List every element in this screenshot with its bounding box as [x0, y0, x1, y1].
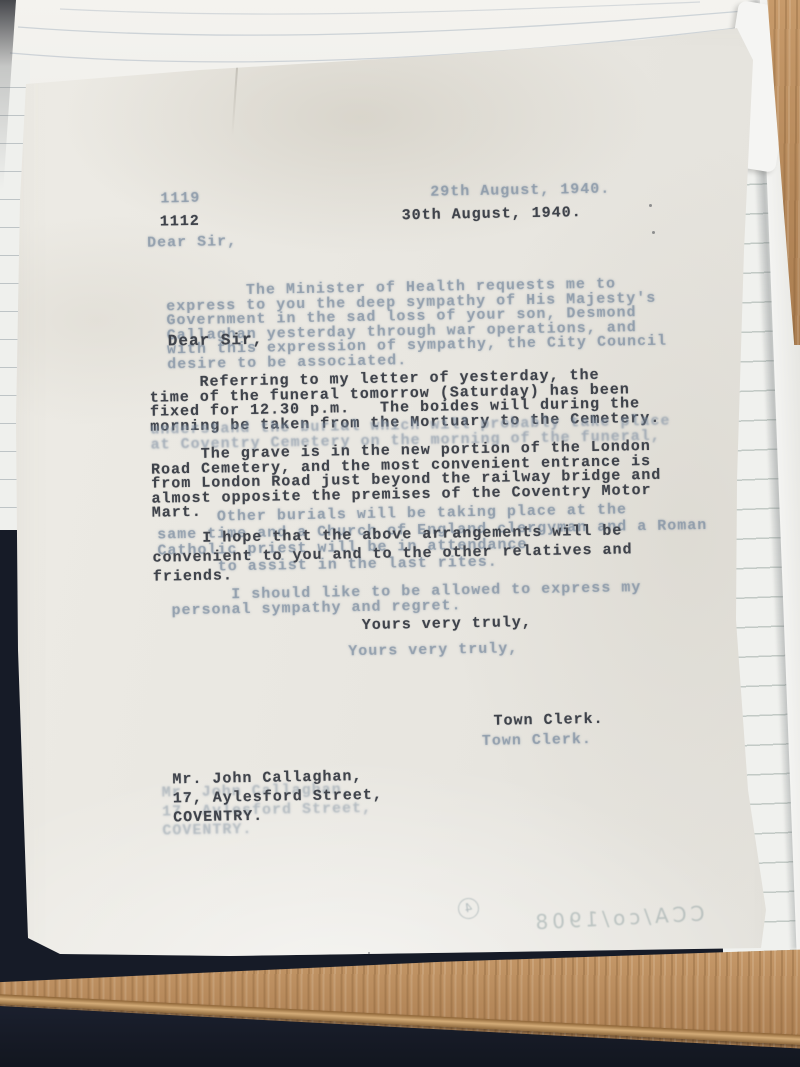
ghost-reference-number: 1119	[160, 192, 200, 207]
reference-number: 1112	[160, 215, 200, 230]
archive-photo: 1119 29th August, 1940. 1112 30th August…	[0, 0, 800, 1067]
date-line: 30th August, 1940.	[402, 206, 582, 224]
ghost-closing-valediction: Yours very truly,	[348, 642, 518, 660]
ghost-paragraph-minister-of-health: The Minister of Health requests me to ex…	[166, 277, 668, 373]
paragraph-hope-arrangements: I hope that the above arrangements will …	[152, 522, 633, 587]
ghost-salutation: Dear Sir,	[147, 235, 237, 251]
signature-town-clerk: Town Clerk.	[493, 713, 603, 730]
ghost-signature-town-clerk: Town Clerk.	[482, 733, 592, 750]
recipient-address: Mr. John Callaghan, 17, Aylesford Street…	[172, 768, 383, 828]
ghost-paragraph-personal-sympathy: I should like to be allowed to express m…	[171, 581, 642, 618]
ghost-date-line: 29th August, 1940.	[430, 183, 610, 201]
closing-valediction: Yours very truly,	[362, 616, 532, 634]
salutation: Dear Sir,	[168, 333, 264, 349]
